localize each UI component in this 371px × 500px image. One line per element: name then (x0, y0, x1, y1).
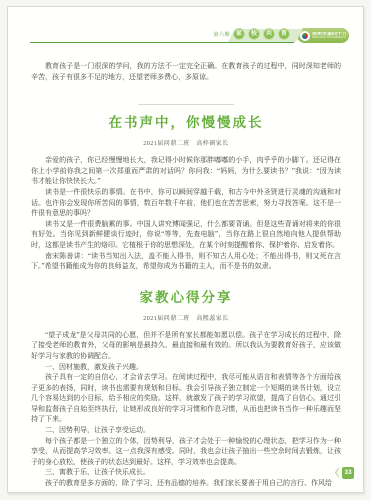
chevron-ornament-icon: ❮ (333, 467, 341, 479)
header-rule: 第六期 家 校 共 育 (30, 26, 294, 43)
page-header: 第六期 家 校 共 育 郑州市第四十九中学 ZHENGZHOU NO.49 MI… (30, 27, 349, 43)
school-subtitle: ZHENGZHOU NO.49 MIDDLE SCHOOL (312, 37, 343, 39)
section-heading: 二、因势利导，让孩子享受运动。 (31, 425, 341, 436)
article-2-title: 家教心得分享 (31, 286, 341, 306)
column-badge: 共 (263, 28, 275, 40)
paragraph: 南宋陈善讲：“读书当知出入法，盖不能入得书，则不知古人用心处；不能出得书，则又死… (31, 251, 341, 272)
paragraph: 孩子的教育是多方面的，除了学习，还有品德的培养。我们家长要善于用自己的言行、作风… (31, 478, 341, 489)
article-2-body: “望子成龙”是父母共同的心愿，但并不是所有家长都能如愿以偿。孩子在学习成长的过程… (31, 330, 341, 489)
page-footer: ❮ 33 (333, 467, 354, 479)
intro-paragraph: 教育孩子是一门很深的学问，我的方法不一定完全正确。在教育孩子的过程中，同时深知老… (31, 61, 341, 82)
issue-label: 第六期 (213, 31, 230, 38)
column-badge: 育 (278, 28, 290, 40)
article-2-header: 家教心得分享 2021届问鼎二班 高熙蕊家长 (31, 286, 341, 322)
paragraph: 读书是一件很快乐的事情。在书中，你可以瞬间穿越千载，和古今中外圣贤进行灵魂的沟通… (31, 187, 341, 219)
paragraph: 每个孩子都是一个独立的个体，因势利导，孩子才会处于一种愉悦的心理状态，把学习作为… (31, 436, 341, 468)
page-content: 教育孩子是一门很深的学问，我的方法不一定完全正确。在教育孩子的过程中，同时深知老… (31, 55, 341, 489)
paragraph: 亲爱的孩子，你已经慢慢地长大，我记得小时候你那胖嘟嘟的小手，肉乎乎的小脚丫。还记… (31, 155, 341, 187)
paragraph: 读书又是一件很费脑累的事。中国人讲究博闻强记，什么都要背诵。但是这些背诵对将来的… (31, 219, 341, 251)
school-banner: 郑州市第四十九中学 ZHENGZHOU NO.49 MIDDLE SCHOOL (297, 28, 349, 43)
article-1-body: 亲爱的孩子，你已经慢慢地长大，我记得小时候你那胖嘟嘟的小手，肉乎乎的小脚丫。还记… (31, 155, 341, 272)
paragraph: 孩子具有一定的自信心，才会肯去学习。在阅读过程中，我尽可能从语言和表情等各个方面… (31, 372, 341, 425)
school-text: 郑州市第四十九中学 ZHENGZHOU NO.49 MIDDLE SCHOOL (312, 32, 346, 40)
article-1-header: 在书声中，你慢慢成长 2021届问鼎二班 高梓硕家长 (31, 104, 341, 147)
title-divider (138, 104, 234, 105)
scanned-page: 第六期 家 校 共 育 郑州市第四十九中学 ZHENGZHOU NO.49 MI… (7, 6, 364, 493)
page-number-badge: 33 (342, 467, 354, 479)
article-1-title: 在书声中，你慢慢成长 (31, 111, 341, 131)
paragraph: “望子成龙”是父母共同的心愿，但并不是所有家长都能如愿以偿。孩子在学习成长的过程… (31, 330, 341, 362)
article-1-byline: 2021届问鼎二班 高梓硕家长 (31, 138, 341, 147)
article-2-byline: 2021届问鼎二班 高熙蕊家长 (31, 313, 341, 322)
school-logo-icon (300, 31, 310, 41)
section-heading: 一、因材施教，激发孩子兴趣。 (31, 362, 341, 373)
column-badge: 家 (233, 28, 245, 40)
section-heading: 三、寓教于乐，让孩子快乐成长。 (31, 467, 341, 478)
column-badge: 校 (248, 28, 260, 40)
